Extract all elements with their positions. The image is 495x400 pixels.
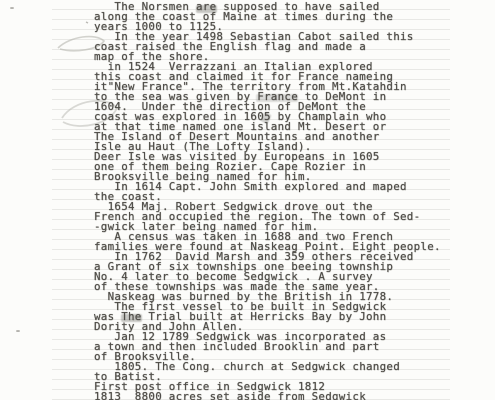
scan-speck (16, 330, 20, 332)
text-line: 1813 8800 acres set aside from Sedgwick (94, 392, 474, 400)
scanned-typewritten-page: The Norsmen are supposed to have saileda… (0, 0, 495, 400)
scan-speck (10, 7, 14, 9)
typewritten-text: The Norsmen are supposed to have saileda… (94, 2, 474, 400)
